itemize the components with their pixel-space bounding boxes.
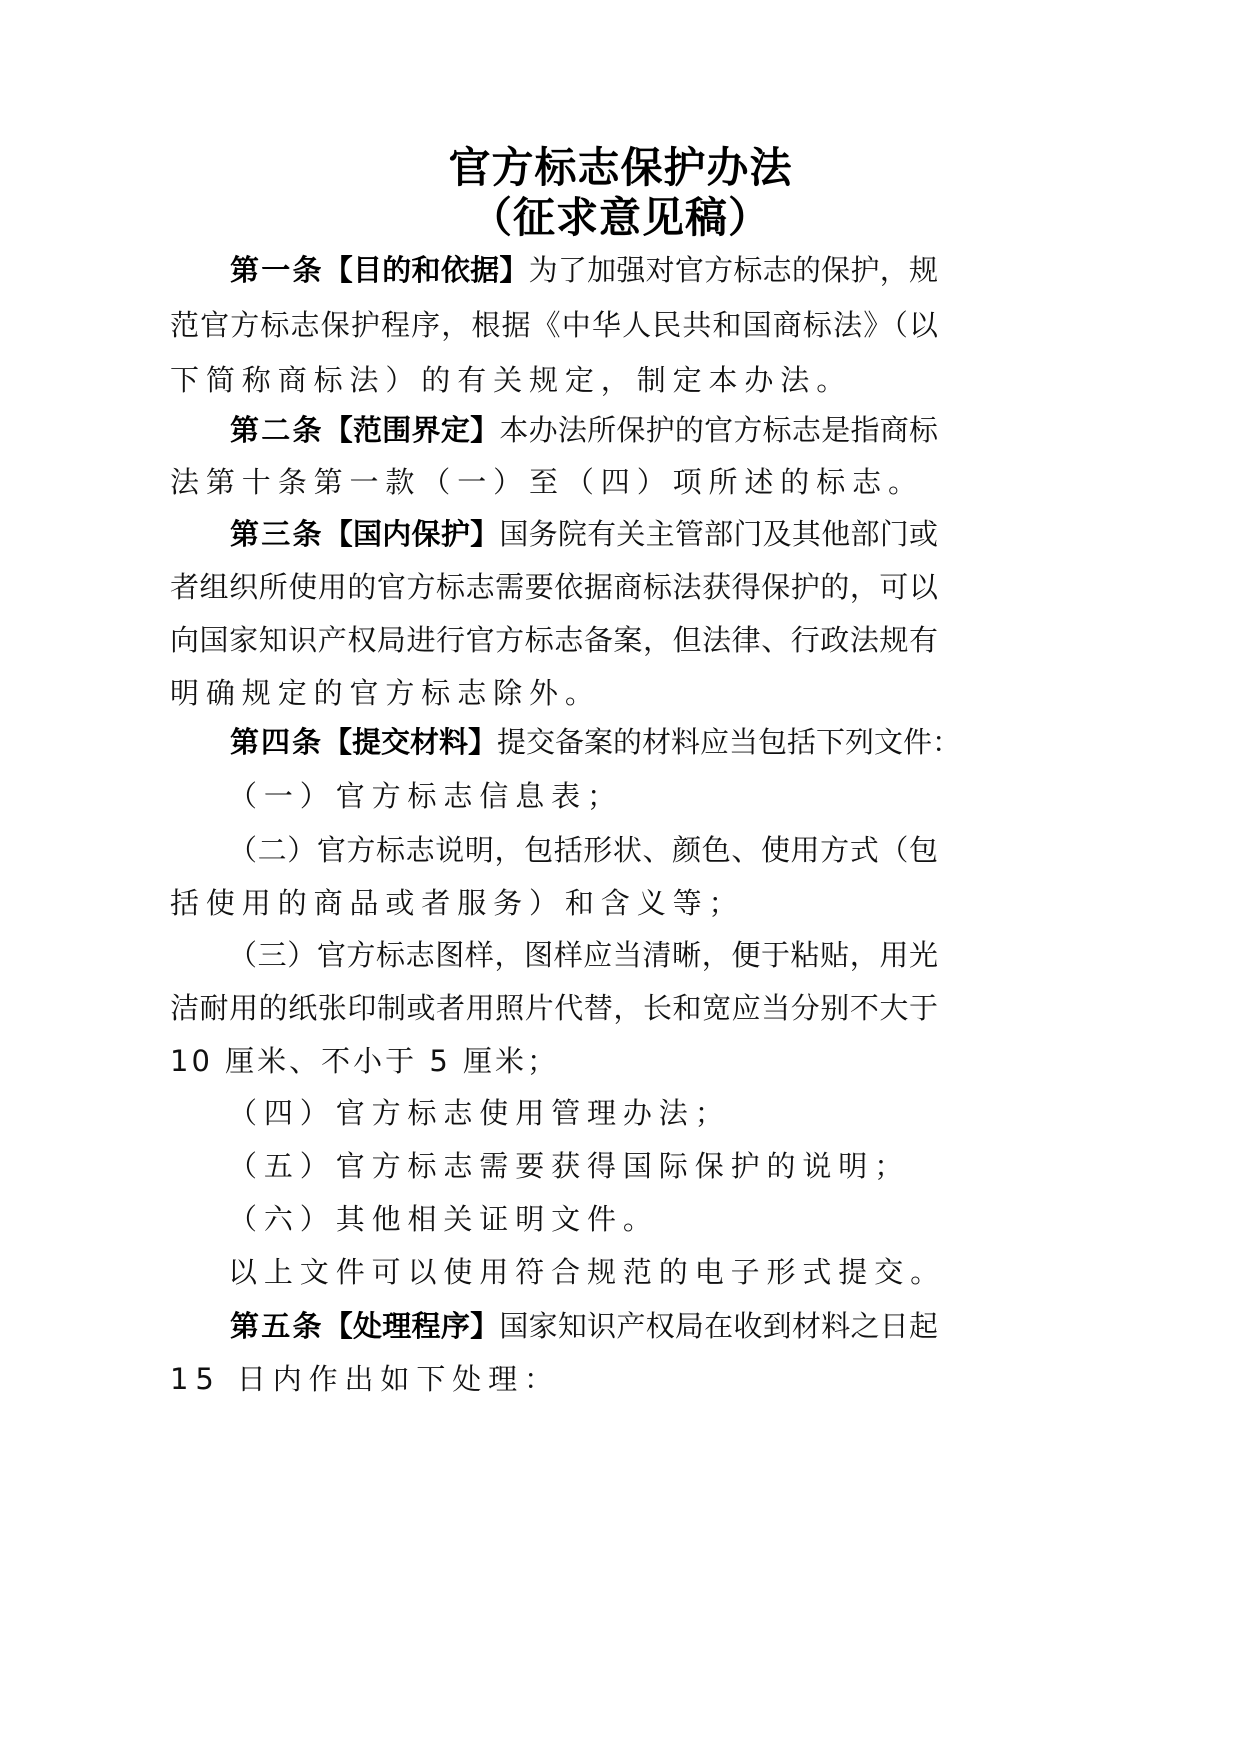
article-4-item-2: （二）官方标志说明，包括形状、颜色、使用方式（包 <box>228 830 938 870</box>
article-2-number: 第二条 <box>230 413 324 447</box>
article-5-heading: 【处理程序】 <box>324 1309 500 1343</box>
document-title: 官方标志保护办法 <box>0 140 1241 196</box>
article-2-line: 法第十条第一款（一）至（四）项所述的标志。 <box>170 462 924 502</box>
article-3-line: 者组织所使用的官方标志需要依据商标法获得保护的，可以 <box>170 567 938 607</box>
article-5-text: 国家知识产权局在收到材料之日起 <box>499 1309 938 1343</box>
article-1-number: 第一条 <box>230 253 324 287</box>
article-4-number: 第四条 <box>230 725 323 759</box>
article-3-text: 国务院有关主管部门及其他部门或 <box>499 517 938 551</box>
article-2-heading: 【范围界定】 <box>324 413 500 447</box>
article-4-item-2-cont: 括使用的商品或者服务）和含义等； <box>170 883 744 923</box>
article-4-first-line: 第四条【提交材料】提交备案的材料应当包括下列文件： <box>230 722 938 762</box>
article-3-heading: 【国内保护】 <box>324 517 500 551</box>
document-subtitle: （征求意见稿） <box>0 190 1241 246</box>
article-3-line: 明确规定的官方标志除外。 <box>170 673 601 713</box>
article-1-text: 为了加强对官方标志的保护，规 <box>529 253 938 287</box>
article-1-heading: 【目的和依据】 <box>324 253 529 287</box>
article-2-text: 本办法所保护的官方标志是指商标 <box>499 413 938 447</box>
article-5-line: 15 日内作出如下处理： <box>170 1359 560 1399</box>
article-3-first-line: 第三条【国内保护】国务院有关主管部门及其他部门或 <box>230 514 938 554</box>
article-1-first-line: 第一条【目的和依据】为了加强对官方标志的保护，规 <box>230 250 938 290</box>
document-page: 官方标志保护办法 （征求意见稿） 第一条【目的和依据】为了加强对官方标志的保护，… <box>0 0 1241 1754</box>
article-4-item-4: （四）官方标志使用管理办法； <box>228 1093 731 1133</box>
article-3-line: 向国家知识产权局进行官方标志备案，但法律、行政法规有 <box>170 620 938 660</box>
article-1-line: 范官方标志保护程序，根据《中华人民共和国商标法》（以 <box>170 305 938 345</box>
article-4-heading: 【提交材料】 <box>323 725 497 759</box>
article-4-item-5: （五）官方标志需要获得国际保护的说明； <box>228 1146 910 1186</box>
article-5-number: 第五条 <box>230 1309 324 1343</box>
article-4-item-3-cont: 洁耐用的纸张印制或者用照片代替，长和宽应当分别不大于 <box>170 988 938 1028</box>
article-4-item-6: （六）其他相关证明文件。 <box>228 1199 659 1239</box>
article-4-item-3: （三）官方标志图样，图样应当清晰，便于粘贴，用光 <box>228 935 938 975</box>
article-4-text: 提交备案的材料应当包括下列文件： <box>497 725 961 759</box>
article-3-number: 第三条 <box>230 517 324 551</box>
article-2-first-line: 第二条【范围界定】本办法所保护的官方标志是指商标 <box>230 410 938 450</box>
article-1-line: 下简称商标法）的有关规定，制定本办法。 <box>170 360 852 400</box>
article-4-item-3-cont: 10 厘米、不小于 5 厘米； <box>170 1041 559 1081</box>
article-4-item-1: （一）官方标志信息表； <box>228 776 623 816</box>
article-5-first-line: 第五条【处理程序】国家知识产权局在收到材料之日起 <box>230 1306 938 1346</box>
article-4-note: 以上文件可以使用符合规范的电子形式提交。 <box>228 1252 946 1292</box>
